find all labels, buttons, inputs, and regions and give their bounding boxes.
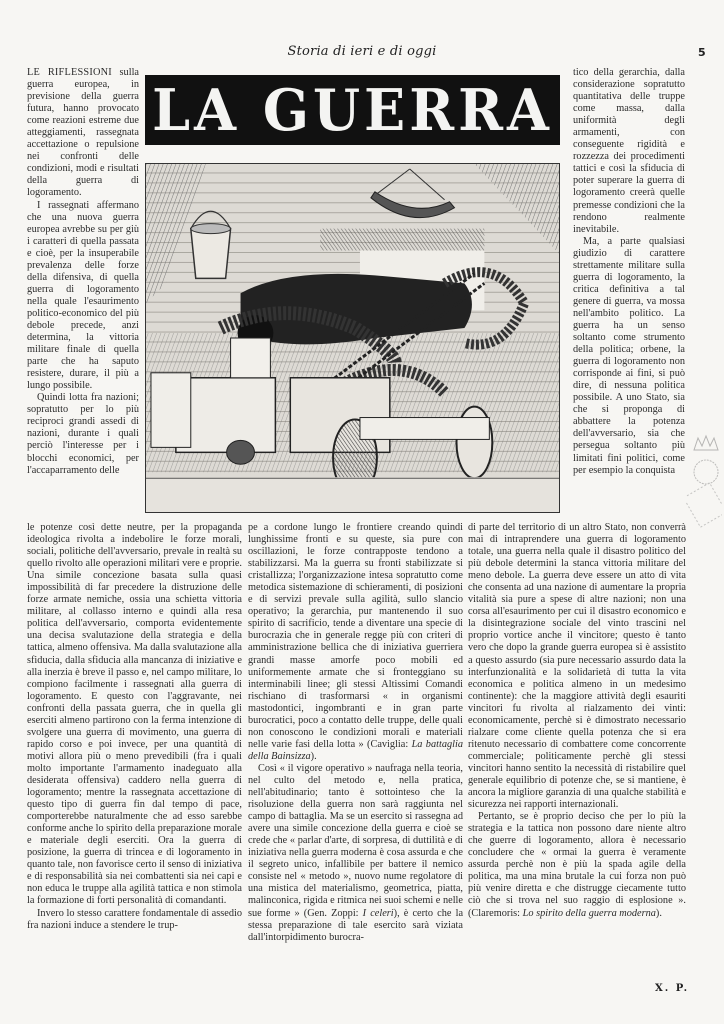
- paragraph: Quindi lotta fra nazioni; sopratutto per…: [27, 392, 139, 476]
- paragraph: Così « il vigore operativo » naufraga ne…: [248, 763, 463, 944]
- column-bottom-2: pe a cordone lungo le frontiere creando …: [248, 522, 463, 944]
- cannon-engraving-icon: [146, 164, 559, 512]
- column-left-top: LE RIFLESSIONI sulla guerra europea, in …: [27, 67, 139, 477]
- column-bottom-1: le potenze così dette neutre, per la pro…: [27, 522, 242, 932]
- page-number: 5: [698, 46, 706, 59]
- paragraph: pe a cordone lungo le frontiere creando …: [248, 522, 463, 763]
- paragraph: Pertanto, se è proprio deciso che per lo…: [468, 811, 686, 919]
- paragraph: tico della gerarchia, dalla considerazio…: [573, 67, 685, 236]
- paragraph: Invero lo stesso carattere fondamentale …: [27, 908, 242, 932]
- running-head: Storia di ieri e di oggi: [0, 44, 724, 59]
- library-stamp-icon: [686, 430, 722, 530]
- citation: I celeri: [363, 908, 394, 919]
- article-title: LA GUERRA: [152, 82, 553, 139]
- lead-in: LE RIFLESSIONI: [27, 67, 112, 78]
- citation: Lo spirito della guerra moderna: [523, 908, 656, 919]
- column-right-top: tico della gerarchia, dalla considerazio…: [573, 67, 685, 477]
- paragraph: Ma, a parte qualsiasi giudizio di caratt…: [573, 236, 685, 477]
- author-signature: X. P.: [655, 983, 689, 994]
- paragraph-text: sulla guerra europea, in previsione dell…: [27, 67, 139, 198]
- title-banner: LA GUERRA: [145, 75, 560, 145]
- column-bottom-3: di parte del territorio di un altro Stat…: [468, 522, 686, 920]
- paragraph: LE RIFLESSIONI sulla guerra europea, in …: [27, 67, 139, 200]
- paragraph: di parte del territorio di un altro Stat…: [468, 522, 686, 811]
- paragraph: I rassegnati affermano che una nuova gue…: [27, 200, 139, 393]
- paragraph: le potenze così dette neutre, per la pro…: [27, 522, 242, 908]
- illustration: [145, 163, 560, 513]
